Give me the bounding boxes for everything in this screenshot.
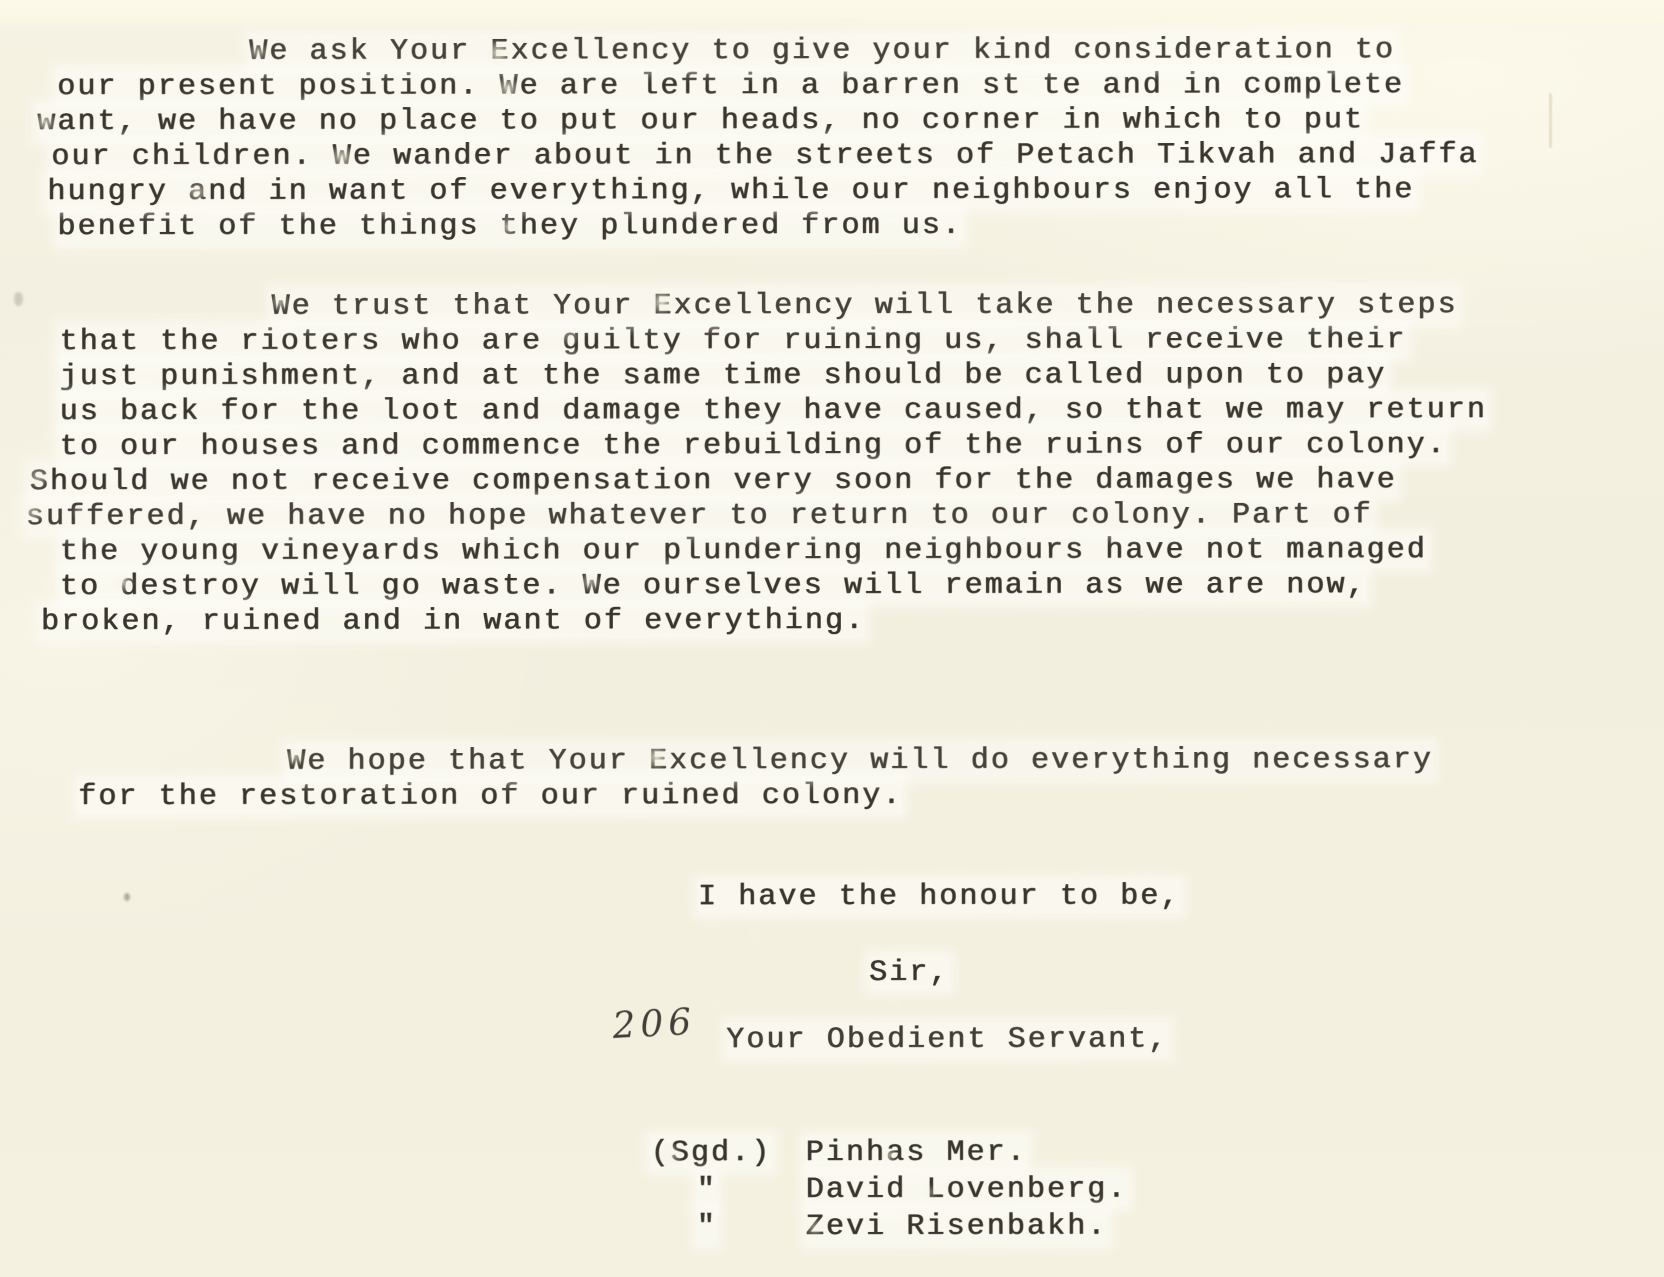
paragraph-plea: We ask Your Excellency to give your kind… <box>57 33 1485 245</box>
scanned-letter-page: We ask Your Excellency to give your kind… <box>0 0 1664 1277</box>
scan-crease-mark <box>1549 93 1552 148</box>
signature-row: " Zevi Risenbakh. <box>651 1209 1128 1247</box>
signature-label: " <box>651 1172 806 1209</box>
paragraph-justice: We trust that Your Excellency will take … <box>60 288 1488 640</box>
text-line: Should we not receive compensation very … <box>30 463 1457 500</box>
signature-label: (Sgd.) <box>651 1135 806 1172</box>
paragraph-hope: We hope that Your Excellency will do eve… <box>78 743 1433 815</box>
scan-speck <box>124 893 130 901</box>
text-line: to our houses and commence the rebuildin… <box>60 428 1487 465</box>
scan-speck <box>14 292 23 306</box>
text-line: for the restoration of our ruined colony… <box>78 778 1433 815</box>
signature-row: " David Lovenberg. <box>651 1172 1128 1210</box>
closing-honour-text: I have the honour to be, <box>698 880 1181 915</box>
handwritten-folio-number: 206 <box>611 1002 697 1047</box>
text-line: We ask Your Excellency to give your kind… <box>57 33 1484 70</box>
signature-name: Zevi Risenbakh. <box>806 1209 1108 1246</box>
signature-name: Pinhas Mer. <box>806 1135 1027 1172</box>
text-line: to destroy will go waste. We ourselves w… <box>60 568 1487 605</box>
text-line: suffered, we have no hope whatever to re… <box>26 498 1453 535</box>
signature-label: " <box>651 1209 806 1246</box>
text-line: hungry and in want of everything, while … <box>47 173 1474 210</box>
text-line: that the rioters who are guilty for ruin… <box>60 323 1487 360</box>
text-line: our children. We wander about in the str… <box>51 138 1478 175</box>
text-line: benefit of the things they plundered fro… <box>57 208 1484 245</box>
text-line: We trust that Your Excellency will take … <box>60 288 1487 325</box>
signature-name: David Lovenberg. <box>806 1172 1128 1209</box>
text-line: broken, ruined and in want of everything… <box>41 603 1468 640</box>
text-line: the young vineyards which our plundering… <box>60 533 1487 570</box>
text-line: us back for the loot and damage they hav… <box>60 393 1487 430</box>
signature-block: (Sgd.) Pinhas Mer. " David Lovenberg. " … <box>651 1135 1128 1247</box>
typewritten-text-layer: We ask Your Excellency to give your kind… <box>0 0 1664 1277</box>
text-line: We hope that Your Excellency will do eve… <box>78 743 1433 780</box>
text-line: our present position. We are left in a b… <box>57 68 1484 105</box>
text-line: want, we have no place to put our heads,… <box>37 103 1464 140</box>
closing-salutation-text: Sir, <box>869 956 949 990</box>
closing-servant-text: Your Obedient Servant, <box>726 1023 1168 1058</box>
signature-row: (Sgd.) Pinhas Mer. <box>651 1135 1128 1173</box>
text-line: just punishment, and at the same time sh… <box>60 358 1487 395</box>
